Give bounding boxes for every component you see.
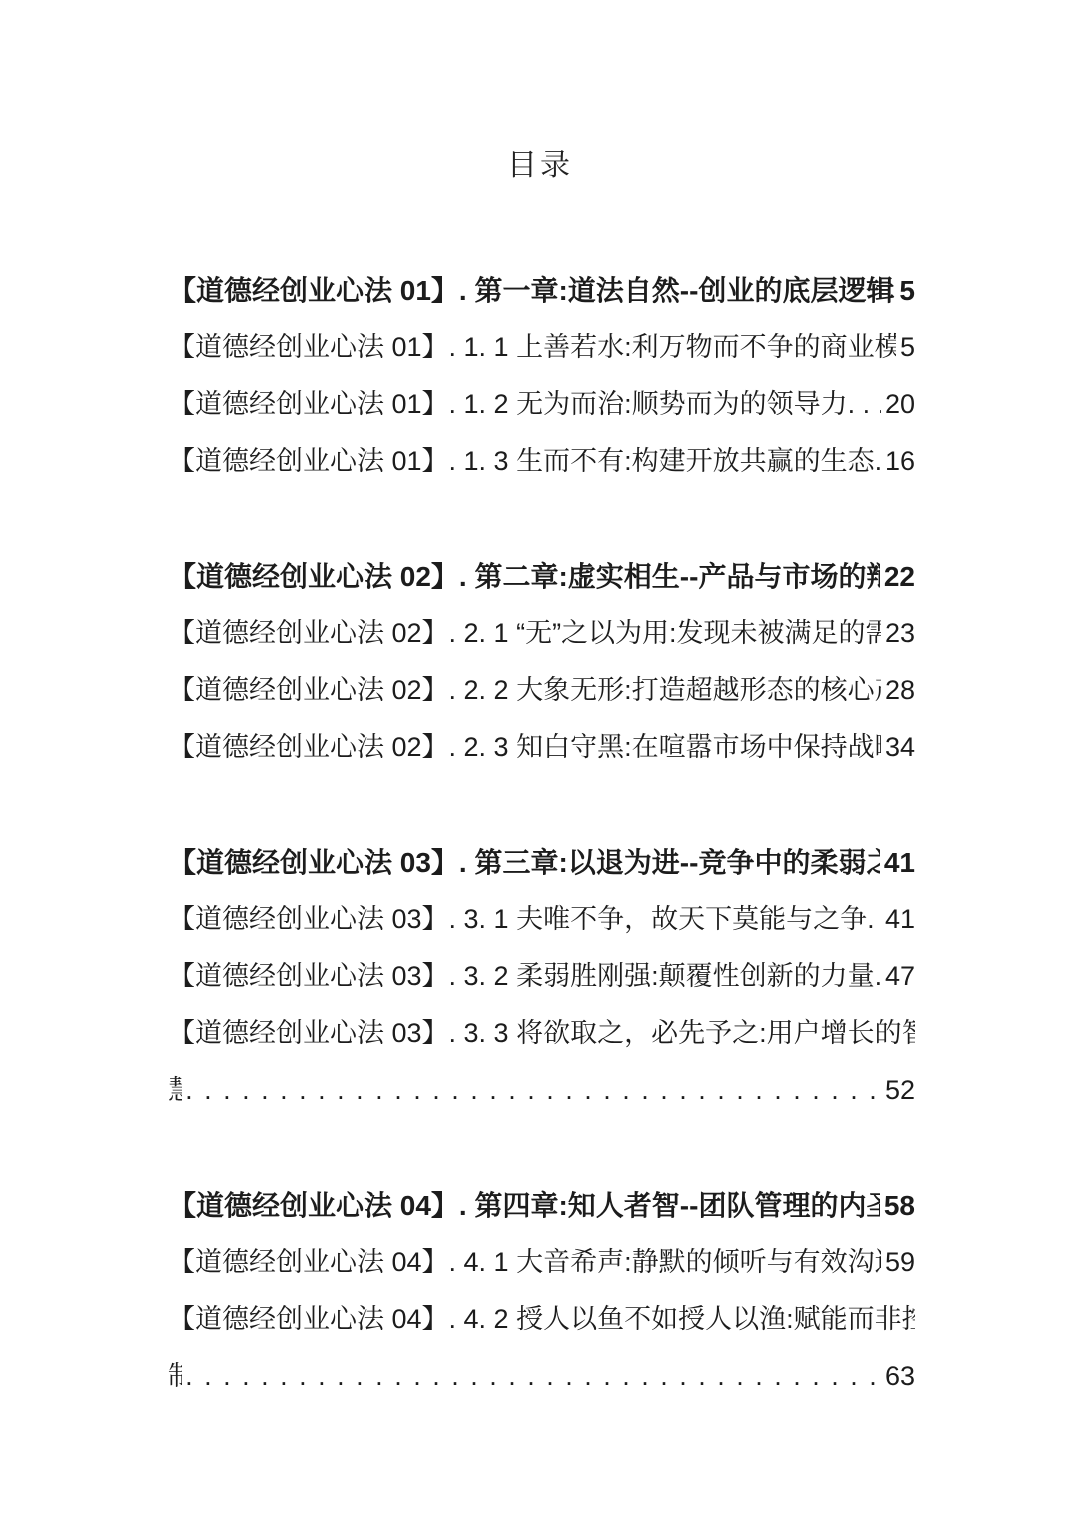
- toc-entry-line: 【道德经创业心法 03】. 3. 1 夫唯不争，故天下莫能与之争. . . .4…: [168, 891, 915, 948]
- toc-entry-continuation-line: 慧. . . . . . . . . . . . . . . . . . . .…: [168, 1062, 915, 1119]
- toc-dot-leader: . . . . . . . . . . . . . . . . . . . . …: [185, 1062, 878, 1119]
- toc-section-1: 【道德经创业心法 01】. 第一章:道法自然--创业的底层逻辑 . . . . …: [168, 262, 915, 490]
- toc-title: 目录: [0, 0, 1080, 184]
- toc-entry-line: 【道德经创业心法 01】. 1. 1 上善若水:利万物而不争的商业模式. .5: [168, 319, 915, 376]
- toc-section-3: 【道德经创业心法 03】. 第三章:以退为进--竞争中的柔弱之道41【道德经创业…: [168, 834, 915, 1119]
- toc-entry-line: 【道德经创业心法 03】. 3. 2 柔弱胜刚强:颠覆性创新的力量. . .47: [168, 948, 915, 1005]
- toc-page-number: 58: [880, 1177, 915, 1234]
- toc-page-number: 22: [880, 548, 915, 605]
- toc-heading-text: 【道德经创业心法 03】. 第三章:以退为进--竞争中的柔弱之道: [168, 834, 880, 891]
- toc-page-number: 5: [895, 262, 915, 319]
- toc-page-number: 63: [881, 1348, 915, 1405]
- toc-page-number: 20: [881, 376, 915, 433]
- toc-page-number: 52: [881, 1062, 915, 1119]
- toc-entry-line: 【道德经创业心法 01】. 1. 3 生而不有:构建开放共赢的生态. . . .…: [168, 433, 915, 490]
- toc-page-number: 41: [880, 834, 915, 891]
- toc-entry-text: 【道德经创业心法 04】. 4. 1 大音希声:静默的倾听与有效沟通.: [168, 1234, 881, 1291]
- toc-entry-line: 【道德经创业心法 04】. 4. 2 授人以鱼不如授人以渔:赋能而非控: [168, 1291, 915, 1348]
- toc-dot-leader: . . . . . . . . . . . . . . . . . . . . …: [185, 1348, 878, 1405]
- toc-entry-text: 【道德经创业心法 01】. 1. 1 上善若水:利万物而不争的商业模式. .: [168, 319, 896, 376]
- toc-entry-line: 【道德经创业心法 02】. 2. 1 “无”之以为用:发现未被满足的需求23: [168, 605, 915, 662]
- toc-page-number: 41: [881, 891, 915, 948]
- toc-heading-line: 【道德经创业心法 01】. 第一章:道法自然--创业的底层逻辑 . . . . …: [168, 262, 915, 319]
- toc-heading-text: 【道德经创业心法 04】. 第四章:知人者智--团队管理的内圣外王: [168, 1177, 880, 1234]
- toc-page-number: 34: [881, 719, 915, 776]
- toc-heading-text: 【道德经创业心法 01】. 第一章:道法自然--创业的底层逻辑 . . . . …: [168, 262, 895, 319]
- toc-entry-text: 【道德经创业心法 04】. 4. 2 授人以鱼不如授人以渔:赋能而非控: [168, 1291, 915, 1348]
- toc-section-4: 【道德经创业心法 04】. 第四章:知人者智--团队管理的内圣外王58【道德经创…: [168, 1177, 915, 1405]
- toc-entry-line: 【道德经创业心法 03】. 3. 3 将欲取之，必先予之:用户增长的智: [168, 1005, 915, 1062]
- toc-entry-line: 【道德经创业心法 02】. 2. 2 大象无形:打造超越形态的核心产品.28: [168, 662, 915, 719]
- toc-page-number: 16: [881, 433, 915, 490]
- toc-entry-line: 【道德经创业心法 01】. 1. 2 无为而治:顺势而为的领导力. . . . …: [168, 376, 915, 433]
- toc-heading-line: 【道德经创业心法 02】. 第二章:虚实相生--产品与市场的辩证法22: [168, 548, 915, 605]
- toc-page-number: 23: [881, 605, 915, 662]
- toc-entry-text: 【道德经创业心法 02】. 2. 3 知白守黑:在喧嚣市场中保持战略定力: [168, 719, 881, 776]
- toc-section-2: 【道德经创业心法 02】. 第二章:虚实相生--产品与市场的辩证法22【道德经创…: [168, 548, 915, 776]
- toc-entry-continuation-line: 制. . . . . . . . . . . . . . . . . . . .…: [168, 1348, 915, 1405]
- toc-page-number: 28: [881, 662, 915, 719]
- toc-entry-text: 【道德经创业心法 01】. 1. 2 无为而治:顺势而为的领导力. . . . …: [168, 376, 881, 433]
- toc-page-number: 5: [896, 319, 915, 376]
- toc-sections: 【道德经创业心法 01】. 第一章:道法自然--创业的底层逻辑 . . . . …: [0, 184, 1080, 1405]
- toc-entry-line: 【道德经创业心法 02】. 2. 3 知白守黑:在喧嚣市场中保持战略定力34: [168, 719, 915, 776]
- toc-page-number: 59: [881, 1234, 915, 1291]
- document-page: 目录 【道德经创业心法 01】. 第一章:道法自然--创业的底层逻辑 . . .…: [0, 0, 1080, 1528]
- toc-entry-text: 【道德经创业心法 02】. 2. 1 “无”之以为用:发现未被满足的需求: [168, 605, 881, 662]
- toc-entry-text: 慧: [168, 1062, 182, 1119]
- toc-entry-line: 【道德经创业心法 04】. 4. 1 大音希声:静默的倾听与有效沟通.59: [168, 1234, 915, 1291]
- toc-entry-text: 【道德经创业心法 02】. 2. 2 大象无形:打造超越形态的核心产品.: [168, 662, 881, 719]
- toc-heading-line: 【道德经创业心法 03】. 第三章:以退为进--竞争中的柔弱之道41: [168, 834, 915, 891]
- toc-entry-text: 【道德经创业心法 03】. 3. 3 将欲取之，必先予之:用户增长的智: [168, 1005, 915, 1062]
- toc-entry-text: 【道德经创业心法 03】. 3. 1 夫唯不争，故天下莫能与之争. . . .: [168, 891, 881, 948]
- toc-entry-text: 制: [168, 1348, 182, 1405]
- toc-entry-text: 【道德经创业心法 03】. 3. 2 柔弱胜刚强:颠覆性创新的力量. . .: [168, 948, 881, 1005]
- toc-heading-line: 【道德经创业心法 04】. 第四章:知人者智--团队管理的内圣外王58: [168, 1177, 915, 1234]
- toc-entry-text: 【道德经创业心法 01】. 1. 3 生而不有:构建开放共赢的生态. . . .…: [168, 433, 881, 490]
- toc-heading-text: 【道德经创业心法 02】. 第二章:虚实相生--产品与市场的辩证法: [168, 548, 880, 605]
- toc-page-number: 47: [881, 948, 915, 1005]
